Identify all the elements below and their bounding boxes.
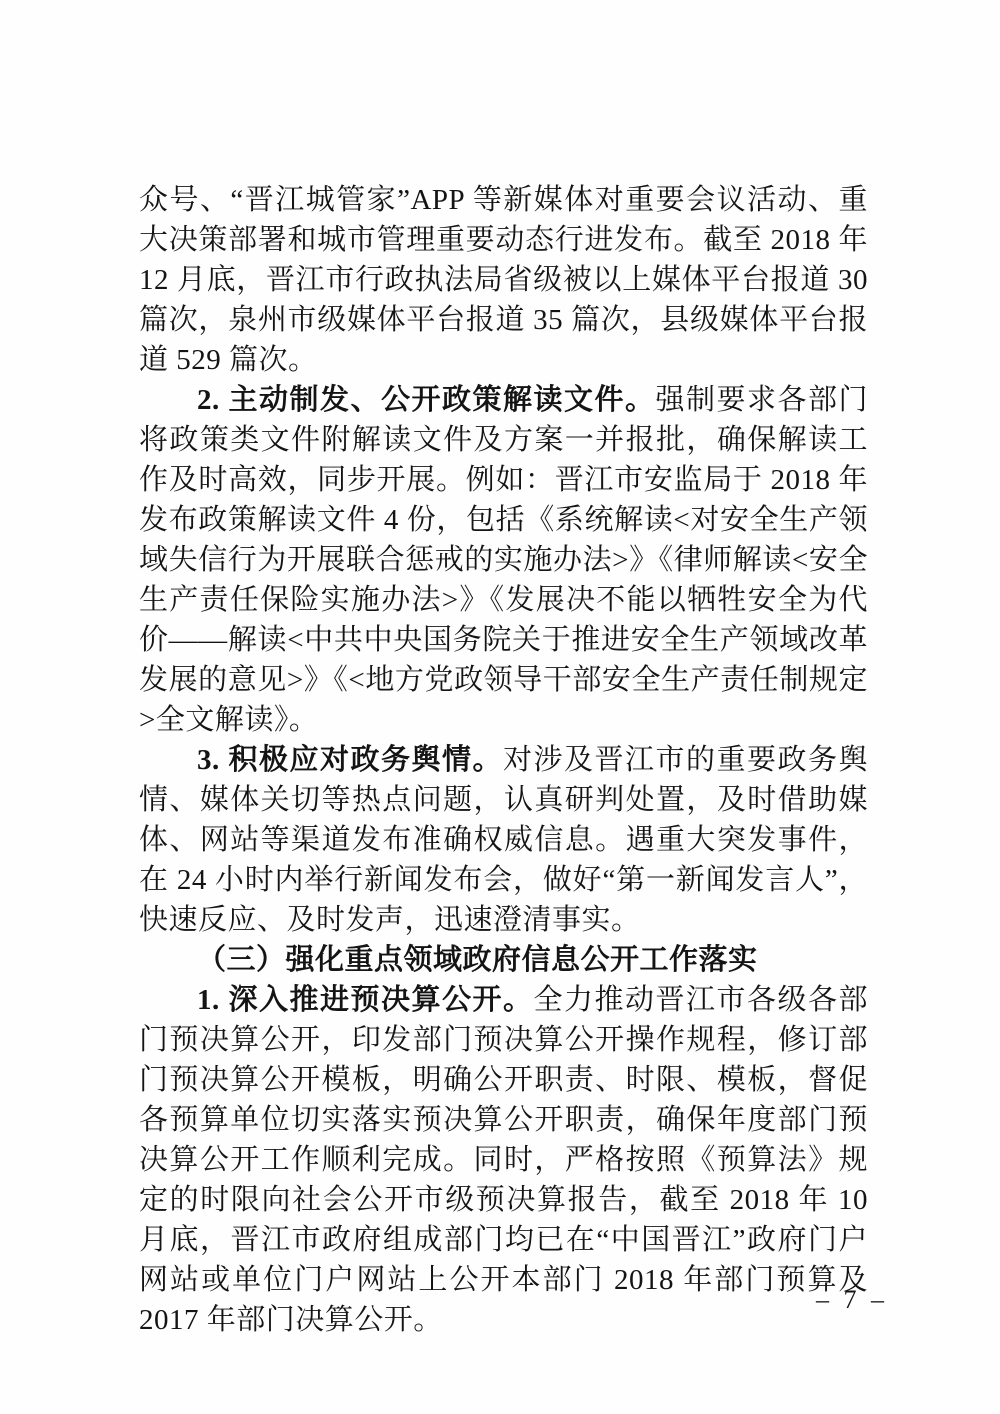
paragraph-budget-disclosure: 1. 深入推进预决算公开。全力推动晋江市各级各部门预决算公开，印发部门预决算公开… [139,980,868,1340]
section-heading-text: （三）强化重点领域政府信息公开工作落实 [197,944,758,976]
paragraph-text: 全力推动晋江市各级各部门预决算公开，印发部门预决算公开操作规程，修订部门预决算公… [139,984,868,1336]
paragraph-heading-bold: 2. 主动制发、公开政策解读文件。 [197,384,655,416]
document-body: 众号、“晋江城管家”APP 等新媒体对重要会议活动、重大决策部署和城市管理重要动… [139,180,868,1340]
paragraph-media-coverage: 众号、“晋江城管家”APP 等新媒体对重要会议活动、重大决策部署和城市管理重要动… [139,180,868,380]
paragraph-heading-bold: 3. 积极应对政务舆情。 [197,744,503,776]
page-number: – 7 – [816,1285,888,1315]
paragraph-text: 众号、“晋江城管家”APP 等新媒体对重要会议活动、重大决策部署和城市管理重要动… [139,184,868,376]
paragraph-public-opinion: 3. 积极应对政务舆情。对涉及晋江市的重要政务舆情、媒体关切等热点问题，认真研判… [139,740,868,940]
paragraph-text: 强制要求各部门将政策类文件附解读文件及方案一并报批，确保解读工作及时高效，同步开… [139,384,868,736]
section-heading-three: （三）强化重点领域政府信息公开工作落实 [139,940,868,980]
document-page: 众号、“晋江城管家”APP 等新媒体对重要会议活动、重大决策部署和城市管理重要动… [0,0,1000,1414]
paragraph-policy-interpretation: 2. 主动制发、公开政策解读文件。强制要求各部门将政策类文件附解读文件及方案一并… [139,380,868,740]
paragraph-heading-bold: 1. 深入推进预决算公开。 [197,984,533,1016]
